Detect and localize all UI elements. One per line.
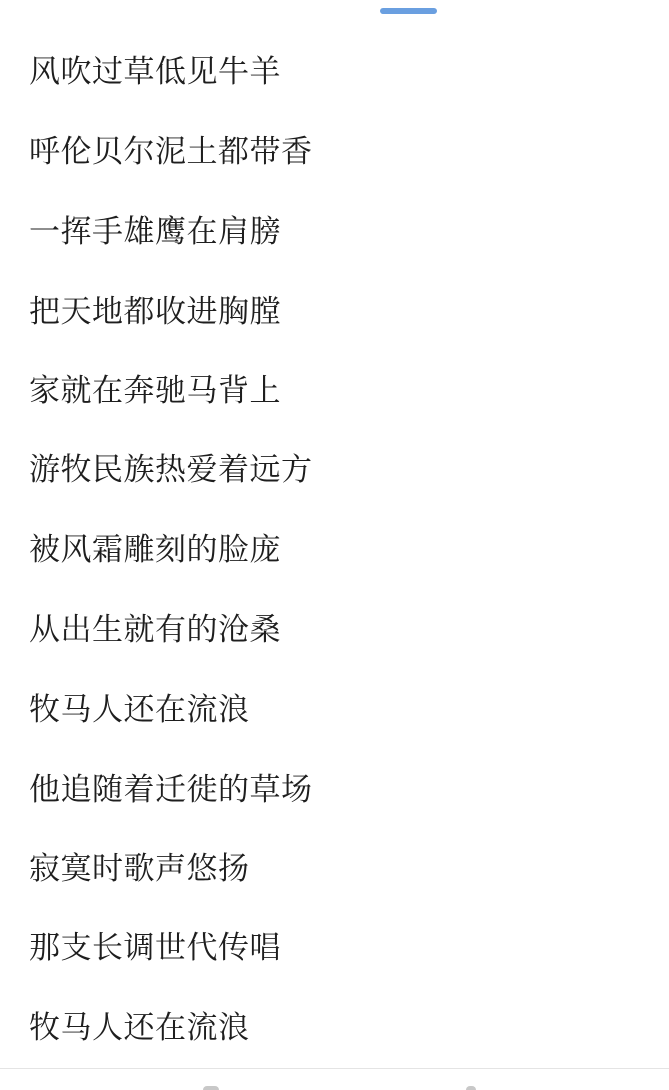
lyric-line: 从出生就有的沧桑: [29, 610, 281, 650]
lyric-line: 风吹过草低见牛羊: [29, 52, 281, 92]
bottom-toolbar: [0, 1069, 669, 1090]
lyric-line: 家就在奔驰马背上: [29, 371, 281, 411]
lyric-line: 呼伦贝尔泥土都带香: [29, 132, 313, 172]
lyric-line: 他追随着迁徙的草场: [29, 770, 313, 810]
lyric-line: 一挥手雄鹰在肩膀: [29, 212, 281, 252]
toolbar-icon-right[interactable]: [466, 1086, 476, 1090]
lyric-line: 被风霜雕刻的脸庞: [29, 530, 281, 570]
lyric-line: 那支长调世代传唱: [29, 928, 281, 968]
lyric-line: 牧马人还在流浪: [29, 690, 250, 730]
lyric-line: 寂寞时歌声悠扬: [29, 849, 250, 889]
lyric-line: 牧马人还在流浪: [29, 1008, 250, 1048]
toolbar-icon-left[interactable]: [203, 1086, 219, 1090]
lyric-line: 把天地都收进胸膛: [29, 292, 281, 332]
lyric-line: 游牧民族热爱着远方: [29, 450, 313, 490]
sheet-drag-handle[interactable]: [380, 8, 437, 14]
